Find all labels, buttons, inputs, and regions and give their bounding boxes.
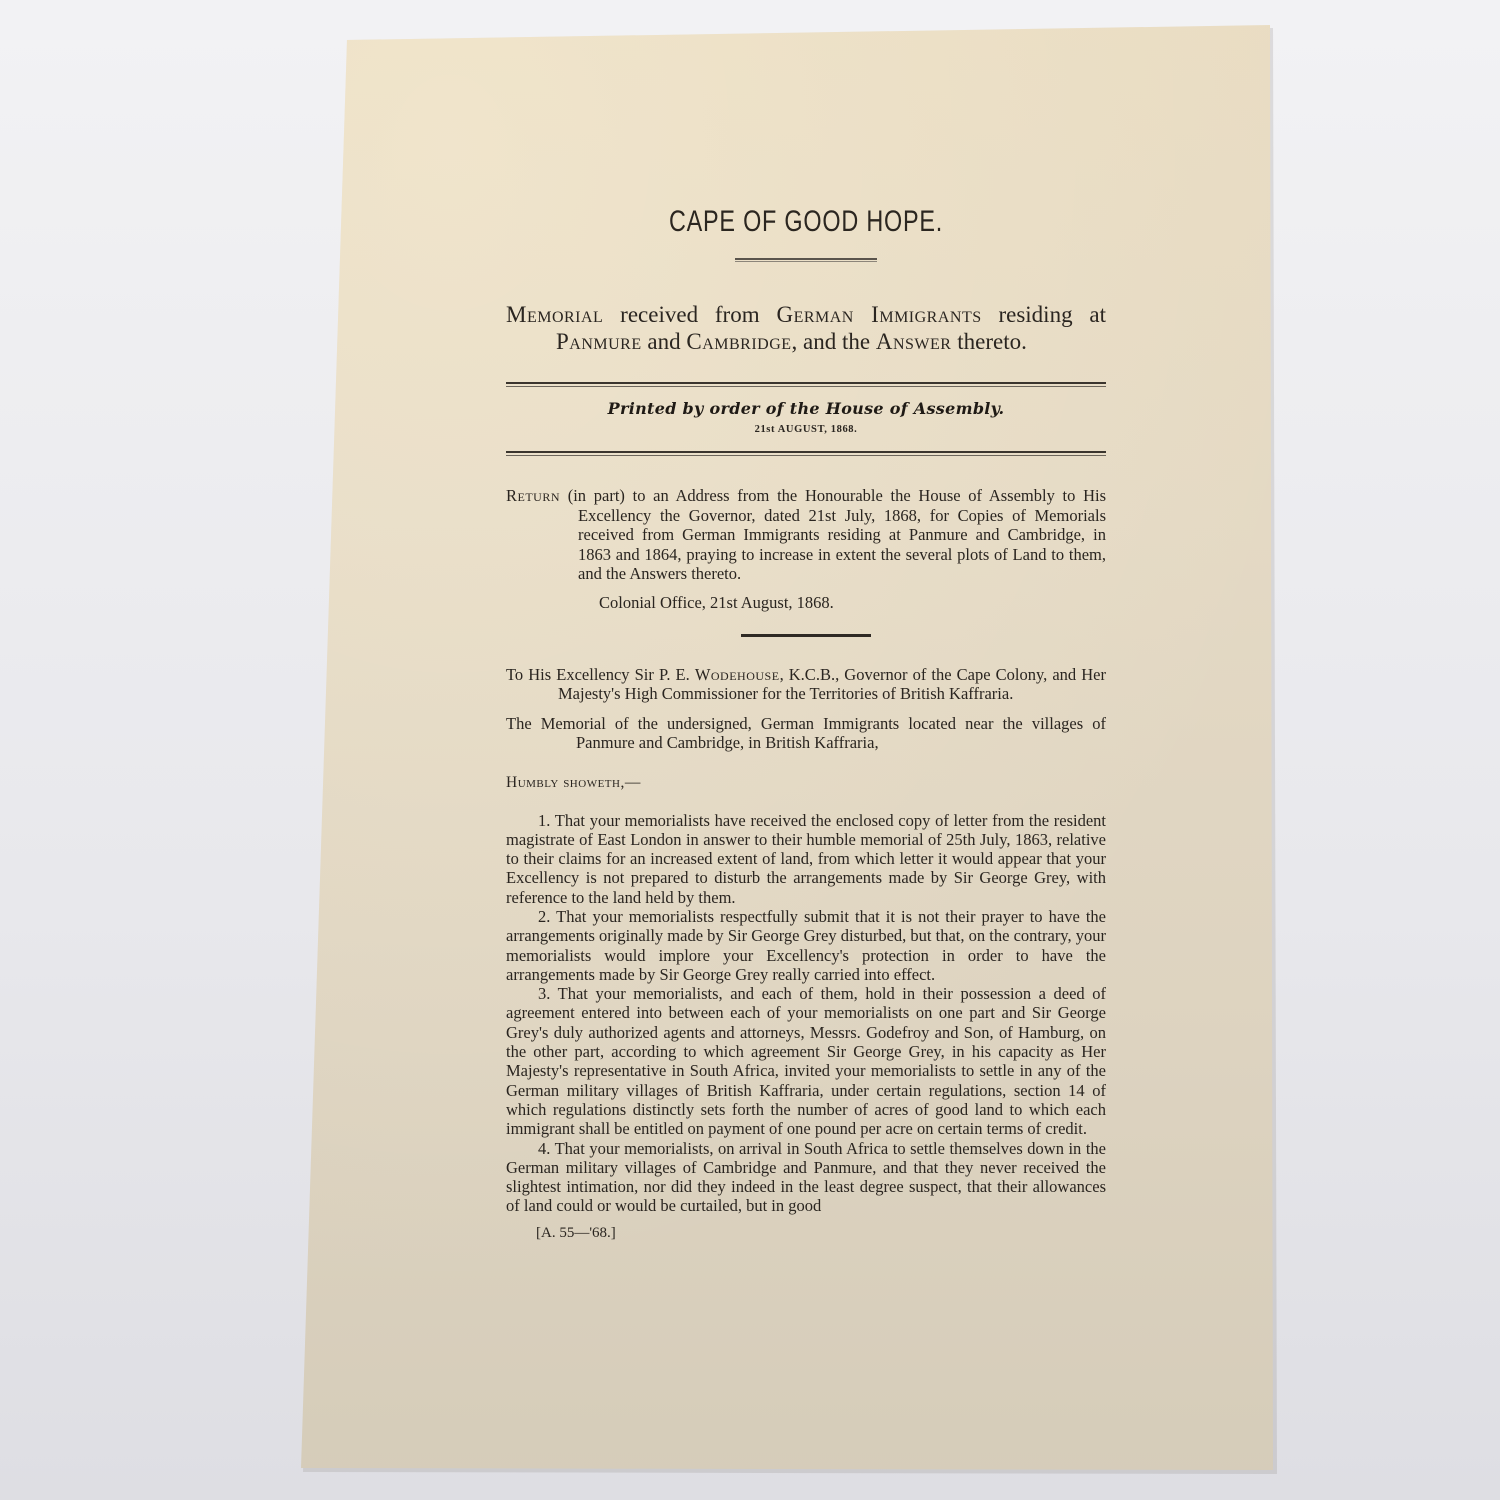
- double-rule-bottom: [506, 451, 1106, 456]
- printed-date: 21st AUGUST, 1868.: [506, 420, 1106, 439]
- heading-text: residing at: [982, 302, 1106, 327]
- return-lead: Return: [506, 486, 560, 505]
- title-rule: [735, 258, 877, 262]
- paragraph-1: 1. That your memorialists have received …: [506, 811, 1106, 907]
- colonial-office-dateline: Colonial Office, 21st August, 1868.: [506, 593, 1106, 612]
- double-rule-top: [506, 382, 1106, 387]
- memorial-heading: Memorial received from German Immigrants…: [506, 301, 1106, 355]
- heading-memorial: Memorial: [506, 302, 603, 327]
- return-text: (in part) to an Address from the Honoura…: [560, 486, 1106, 583]
- heading-panmure: Panmure: [556, 329, 642, 354]
- document-page: CAPE OF GOOD HOPE. Memorial received fro…: [506, 200, 1106, 1243]
- heading-text: received from: [603, 302, 776, 327]
- heading-text: and: [642, 329, 687, 354]
- heading-cambridge: Cambridge: [686, 329, 791, 354]
- printed-by-order: Printed by order of the House of Assembl…: [506, 399, 1106, 418]
- heading-german-immigrants: German Immigrants: [776, 302, 981, 327]
- heading-text: , and the: [792, 329, 876, 354]
- address-paragraph: To His Excellency Sir P. E. Wodehouse, K…: [506, 665, 1106, 703]
- heading-answer: Answer: [876, 329, 952, 354]
- paragraph-3: 3. That your memorialists, and each of t…: [506, 984, 1106, 1138]
- return-paragraph: Return (in part) to an Address from the …: [506, 486, 1106, 584]
- document-reference: [A. 55—'68.]: [506, 1224, 1106, 1243]
- section-separator-rule: [741, 634, 871, 637]
- humbly-showeth: Humbly showeth,—: [506, 773, 1106, 792]
- paragraph-2: 2. That your memorialists respectfully s…: [506, 907, 1106, 984]
- paragraph-4: 4. That your memorialists, on arrival in…: [506, 1139, 1106, 1216]
- document-title: CAPE OF GOOD HOPE.: [572, 200, 1040, 244]
- memorial-intro: The Memorial of the undersigned, German …: [506, 714, 1106, 752]
- address-text: To His Excellency Sir P. E.: [506, 665, 695, 684]
- heading-text: thereto.: [951, 329, 1026, 354]
- address-name: Wodehouse: [695, 665, 780, 684]
